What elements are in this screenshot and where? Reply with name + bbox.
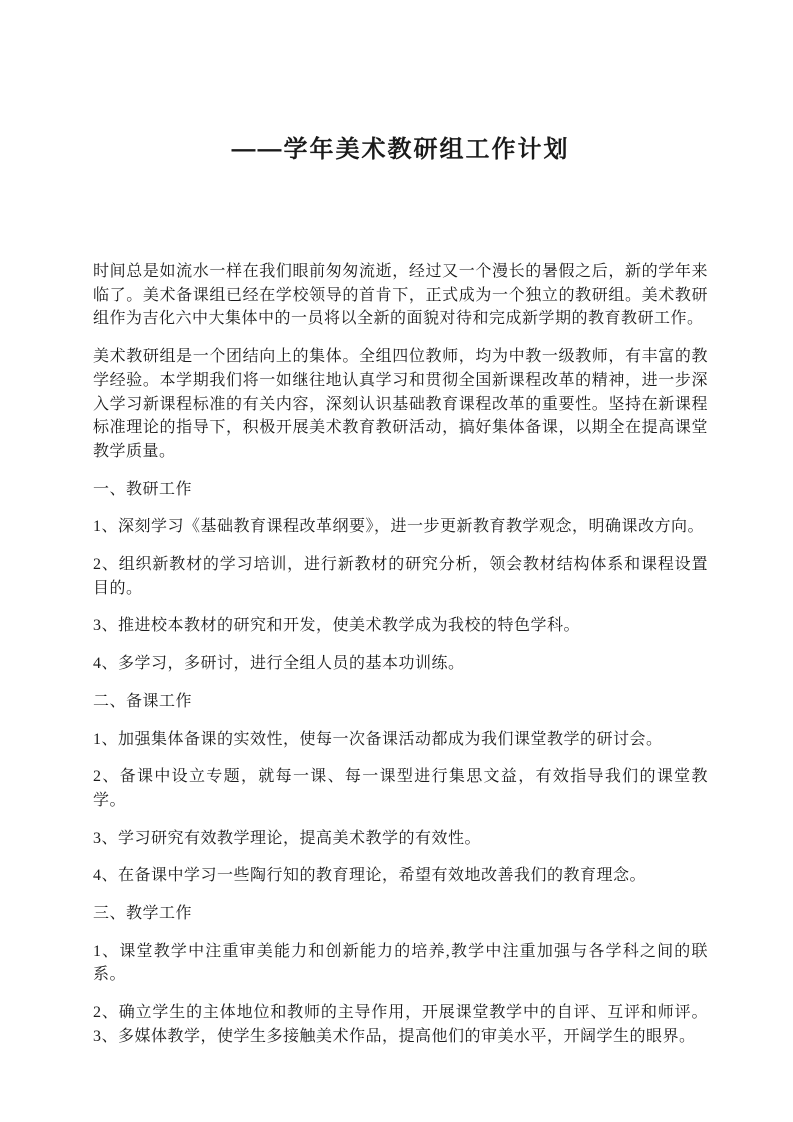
document-title: ——学年美术教研组工作计划 xyxy=(93,136,708,164)
paragraph: 3、推进校本教材的研究和开发，使美术教学成为我校的特色学科。 xyxy=(93,614,708,638)
paragraph: 1、深刻学习《基础教育课程改革纲要》，进一步更新教育教学观念，明确课改方向。 xyxy=(93,515,708,539)
paragraph: 1、加强集体备课的实效性，使每一次备课活动都成为我们课堂教学的研讨会。 xyxy=(93,728,708,752)
paragraph: 时间总是如流水一样在我们眼前匆匆流逝，经过又一个漫长的暑假之后，新的学年来临了。… xyxy=(93,260,708,331)
paragraph: 2、组织新教材的学习培训，进行新教材的研究分析，领会教材结构体系和课程设置目的。 xyxy=(93,553,708,600)
paragraph: 4、在备课中学习一些陶行知的教育理论，希望有效地改善我们的教育理念。 xyxy=(93,864,708,888)
paragraph: 2、备课中设立专题，就每一课、每一课型进行集思文益，有效指导我们的课堂教学。 xyxy=(93,765,708,812)
paragraph: 4、多学习，多研讨，进行全组人员的基本功训练。 xyxy=(93,652,708,676)
paragraph: 二、备课工作 xyxy=(93,690,708,714)
paragraph: 1、课堂教学中注重审美能力和创新能力的培养,教学中注重加强与各学科之间的联系。 xyxy=(93,940,708,987)
paragraph: 2、确立学生的主体地位和教师的主导作用，开展课堂教学中的自评、互评和师评。3、多… xyxy=(93,1001,708,1048)
document-body: 时间总是如流水一样在我们眼前匆匆流逝，经过又一个漫长的暑假之后，新的学年来临了。… xyxy=(93,260,708,1049)
paragraph: 美术教研组是一个团结向上的集体。全组四位教师，均为中教一级教师，有丰富的教学经验… xyxy=(93,345,708,464)
paragraph: 3、学习研究有效教学理论，提高美术教学的有效性。 xyxy=(93,827,708,851)
document-page: ——学年美术教研组工作计划 时间总是如流水一样在我们眼前匆匆流逝，经过又一个漫长… xyxy=(0,0,793,1122)
paragraph: 一、教研工作 xyxy=(93,478,708,502)
paragraph: 三、教学工作 xyxy=(93,902,708,926)
